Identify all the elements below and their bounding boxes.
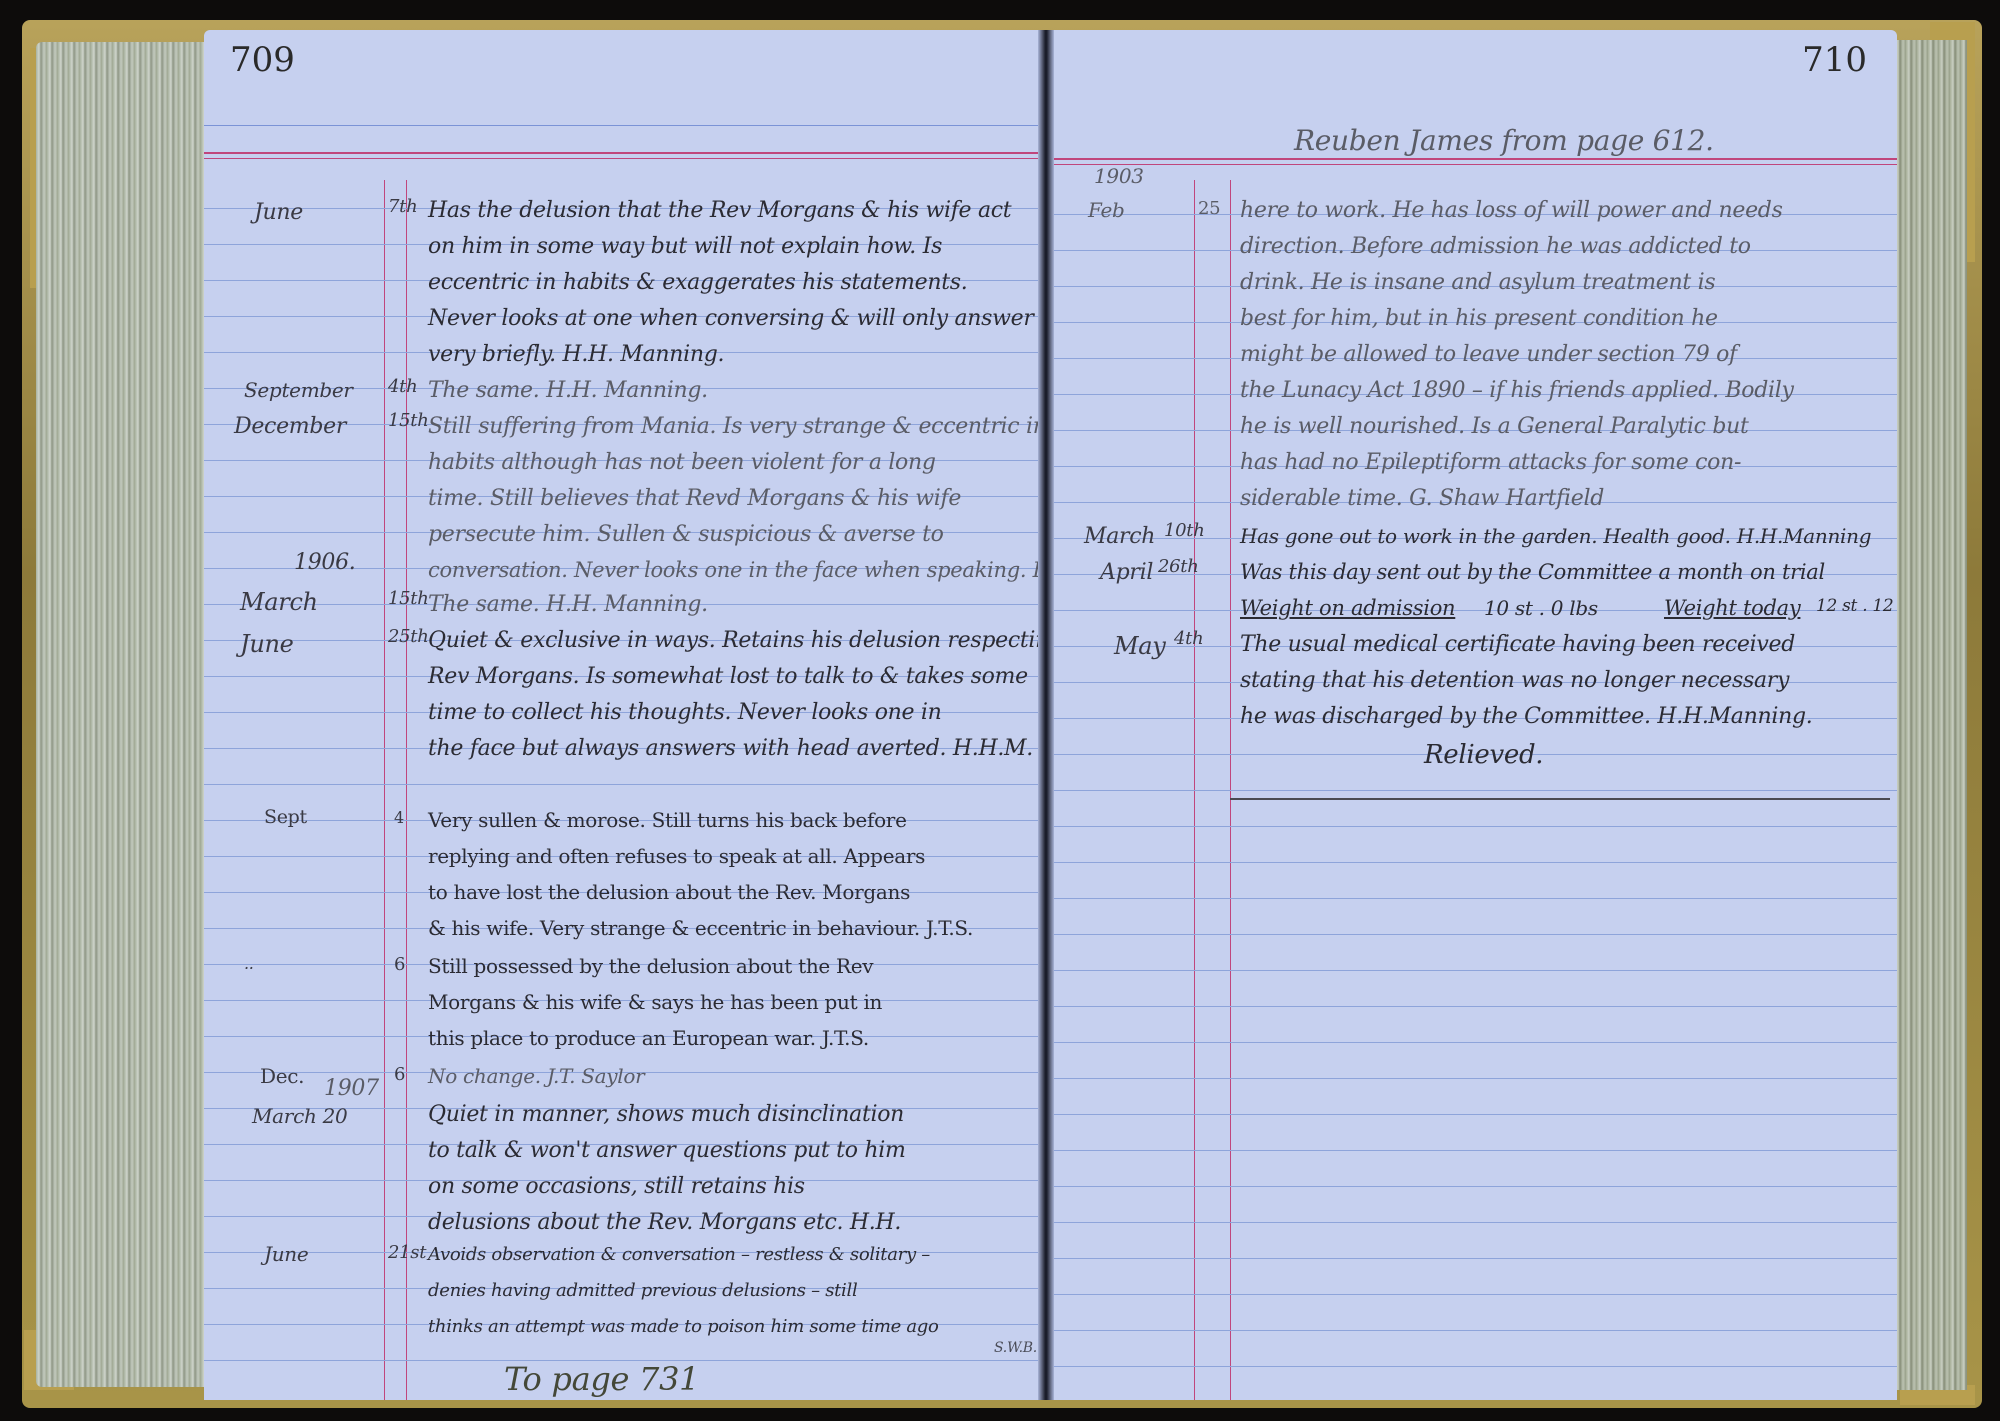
entry-month: March bbox=[240, 588, 318, 616]
entry-line: to talk & won't answer questions put to … bbox=[428, 1138, 906, 1163]
entry-day: 4th bbox=[388, 376, 417, 397]
entry-month: June bbox=[254, 200, 303, 225]
weight-admission-label: Weight on admission bbox=[1240, 596, 1455, 620]
weight-today-label: Weight today bbox=[1664, 596, 1800, 620]
entry-line: eccentric in habits & exaggerates his st… bbox=[428, 270, 967, 295]
entry-month: .. bbox=[244, 954, 254, 973]
entry-line: to have lost the delusion about the Rev.… bbox=[428, 880, 910, 904]
page-number: 709 bbox=[230, 40, 295, 80]
red-margin-rule bbox=[204, 152, 1044, 159]
discharge-status: Relieved. bbox=[1424, 740, 1543, 770]
entry-line: here to work. He has loss of will power … bbox=[1240, 198, 1783, 223]
entry-month: December bbox=[234, 414, 346, 439]
closing-rule bbox=[1230, 798, 1890, 800]
entry-line: No change. J.T. Saylor bbox=[428, 1064, 644, 1088]
entry-year: 1903 bbox=[1094, 164, 1144, 188]
entry-month: Feb bbox=[1088, 198, 1125, 222]
entry-month: April bbox=[1100, 560, 1153, 585]
page-edges-right bbox=[1895, 40, 1967, 1390]
page-number: 710 bbox=[1802, 40, 1867, 80]
entry-line: drink. He is insane and asylum treatment… bbox=[1240, 270, 1715, 295]
entry-day: 25th bbox=[388, 626, 429, 647]
date-column-line bbox=[384, 180, 385, 1400]
entry-line: The same. H.H. Manning. bbox=[428, 378, 708, 403]
entry-line: has had no Epileptiform attacks for some… bbox=[1240, 450, 1741, 475]
red-margin-rule bbox=[1044, 158, 1897, 165]
entry-line: The usual medical certificate having bee… bbox=[1240, 632, 1795, 657]
entry-line: conversation. Never looks one in the fac… bbox=[428, 558, 1044, 582]
day-column-line bbox=[406, 180, 407, 1400]
entry-month: March 20 bbox=[252, 1104, 347, 1128]
entry-line: Quiet in manner, shows much disinclinati… bbox=[428, 1102, 904, 1127]
entry-month: September bbox=[244, 378, 353, 402]
entry-line: persecute him. Sullen & suspicious & ave… bbox=[428, 522, 944, 547]
header-rule bbox=[204, 125, 1044, 126]
entry-month: Dec. bbox=[260, 1064, 304, 1088]
entry-line: Still suffering from Mania. Is very stra… bbox=[428, 414, 1044, 439]
entry-day: 25 bbox=[1198, 198, 1220, 219]
patient-heading: Reuben James from page 612. bbox=[1294, 124, 1714, 157]
right-page: 710 Reuben James from page 612. 1903 Feb… bbox=[1044, 30, 1897, 1400]
entry-day: 4 bbox=[394, 808, 404, 827]
entry-line: Has gone out to work in the garden. Heal… bbox=[1240, 524, 1871, 548]
entry-line: best for him, but in his present conditi… bbox=[1240, 306, 1718, 331]
entry-day: 15th bbox=[388, 410, 429, 431]
entry-line: replying and often refuses to speak at a… bbox=[428, 844, 925, 868]
entry-line: on some occasions, still retains his bbox=[428, 1174, 805, 1199]
entry-day: 4th bbox=[1174, 628, 1203, 649]
entry-day: 21st bbox=[388, 1242, 426, 1263]
entry-line: he was discharged by the Committee. H.H.… bbox=[1240, 704, 1812, 729]
entry-year: 1906. bbox=[294, 550, 355, 575]
entry-year: 1907 bbox=[324, 1076, 379, 1101]
entry-line: Very sullen & morose. Still turns his ba… bbox=[428, 808, 907, 832]
entry-day: 15th bbox=[388, 588, 429, 609]
entry-line: might be allowed to leave under section … bbox=[1240, 342, 1737, 367]
entry-line: this place to produce an European war. J… bbox=[428, 1026, 869, 1050]
entry-line: Morgans & his wife & says he has been pu… bbox=[428, 990, 882, 1014]
entry-day: 6 bbox=[394, 1064, 405, 1085]
entry-line: Rev Morgans. Is somewhat lost to talk to… bbox=[428, 664, 1028, 689]
entry-line: thinks an attempt was made to poison him… bbox=[428, 1316, 939, 1337]
entry-line: time. Still believes that Revd Morgans &… bbox=[428, 486, 961, 511]
entry-day: 6 bbox=[394, 954, 405, 975]
entry-line: denies having admitted previous delusion… bbox=[428, 1280, 857, 1301]
entry-line: Avoids observation & conversation – rest… bbox=[428, 1244, 930, 1265]
entry-line: Was this day sent out by the Committee a… bbox=[1240, 560, 1825, 584]
entry-day: 7th bbox=[388, 196, 417, 217]
entry-day: 10th bbox=[1164, 520, 1205, 541]
entry-month: June bbox=[240, 630, 294, 658]
book-gutter bbox=[1038, 30, 1054, 1400]
entry-line: siderable time. G. Shaw Hartfield bbox=[1240, 486, 1604, 511]
weight-today-value: 12 st . 12 lbs bbox=[1816, 596, 1897, 616]
entry-month: March bbox=[1084, 524, 1155, 549]
page-edges-left bbox=[36, 42, 206, 1387]
continuation-note: To page 731 bbox=[504, 1360, 699, 1398]
weight-admission-value: 10 st . 0 lbs bbox=[1484, 596, 1598, 620]
entry-line: stating that his detention was no longer… bbox=[1240, 668, 1789, 693]
entry-line: time to collect his thoughts. Never look… bbox=[428, 700, 942, 725]
entry-month: May bbox=[1114, 632, 1166, 660]
entry-line: on him in some way but will not explain … bbox=[428, 234, 942, 259]
entry-line: The same. H.H. Manning. bbox=[428, 592, 708, 617]
entry-line: Quiet & exclusive in ways. Retains his d… bbox=[428, 628, 1044, 653]
entry-line: & his wife. Very strange & eccentric in … bbox=[428, 916, 973, 940]
entry-line: Never looks at one when conversing & wil… bbox=[428, 306, 1034, 331]
entry-line: habits although has not been violent for… bbox=[428, 450, 936, 475]
entry-month: Sept bbox=[264, 806, 307, 828]
entry-line: Still possessed by the delusion about th… bbox=[428, 954, 873, 978]
entry-line: delusions about the Rev. Morgans etc. H.… bbox=[428, 1210, 901, 1235]
entry-line: Has the delusion that the Rev Morgans & … bbox=[428, 198, 1011, 223]
entry-line: very briefly. H.H. Manning. bbox=[428, 342, 724, 367]
entry-month: June bbox=[264, 1242, 308, 1266]
entry-line: direction. Before admission he was addic… bbox=[1240, 234, 1751, 259]
entry-line: the face but always answers with head av… bbox=[428, 736, 1033, 761]
left-page: 709 June 7th Has the delusion that the R… bbox=[204, 30, 1044, 1400]
entry-day: 26th bbox=[1158, 556, 1199, 577]
entry-line: the Lunacy Act 1890 – if his friends app… bbox=[1240, 378, 1794, 403]
initials: S.W.B. bbox=[994, 1340, 1037, 1356]
entry-line: he is well nourished. Is a General Paral… bbox=[1240, 414, 1749, 439]
